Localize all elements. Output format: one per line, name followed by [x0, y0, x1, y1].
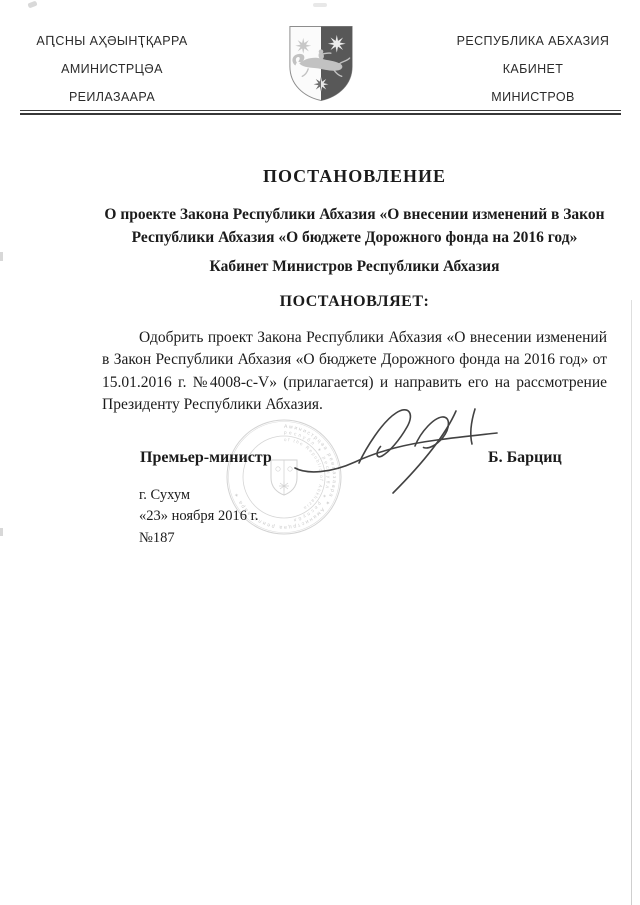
scan-speck [313, 3, 327, 7]
scan-speck [0, 252, 3, 261]
scan-edge-line-dark [631, 770, 632, 905]
footer-date: «23» ноября 2016 г. [139, 508, 259, 525]
header-abkhaz-line2: АМИНИСТРЦӘА [28, 55, 196, 83]
signer-name: Б. Барциц [488, 449, 562, 467]
header-abkhaz-name: АԤСНЫ АҲӘЫНҬҚАРРА АМИНИСТРЦӘА РЕИЛАЗААРА [28, 27, 196, 111]
document-subject: О проекте Закона Республики Абхазия «О в… [102, 203, 607, 249]
footer-city: г. Сухум [139, 487, 190, 504]
scan-speck [27, 1, 37, 9]
scan-speck [0, 528, 3, 536]
handwritten-signature [285, 400, 505, 505]
decree-document-page: АԤСНЫ АҲӘЫНҬҚАРРА АМИНИСТРЦӘА РЕИЛАЗААРА [0, 0, 640, 905]
header-russian-line3: МИНИСТРОВ [447, 83, 619, 111]
header-abkhaz-line3: РЕИЛАЗААРА [28, 83, 196, 111]
header-russian-name: РЕСПУБЛИКА АБХАЗИЯ КАБИНЕТ МИНИСТРОВ [447, 27, 619, 111]
document-type-title: ПОСТАНОВЛЕНИЕ [102, 166, 607, 187]
footer-number: №187 [139, 530, 175, 547]
signer-title: Премьер-министр [140, 449, 272, 467]
header-divider-rule [20, 110, 621, 115]
document-issuer: Кабинет Министров Республики Абхазия [102, 258, 607, 276]
document-decree-word: ПОСТАНОВЛЯЕТ: [102, 293, 607, 311]
header-russian-line1: РЕСПУБЛИКА АБХАЗИЯ [447, 27, 619, 55]
header-russian-line2: КАБИНЕТ [447, 55, 619, 83]
abkhazia-coat-of-arms-icon [288, 25, 354, 102]
header-abkhaz-line1: АԤСНЫ АҲӘЫНҬҚАРРА [28, 27, 196, 55]
